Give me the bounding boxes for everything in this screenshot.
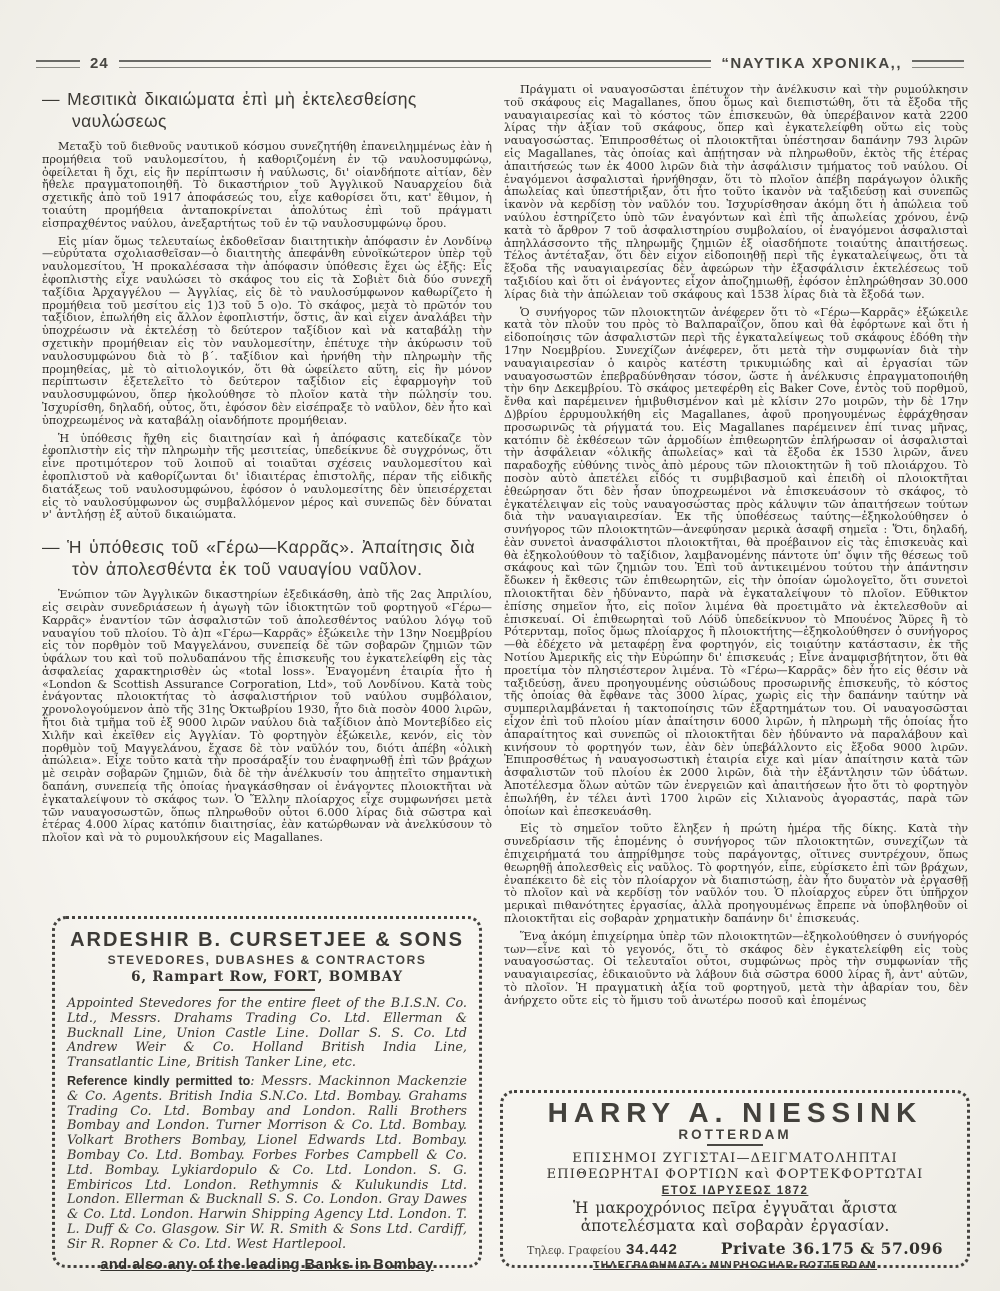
ad-niessink-founded: ΕΤΟΣ ΙΔΡΥΣΕΩΣ 1872	[513, 1185, 957, 1197]
page-number: 24	[90, 55, 109, 72]
magazine-page: { "colors": { "paper": "#f7f5f0", "ink":…	[0, 0, 1000, 1291]
article-paragraph: Εἰς τὸ σημεῖον τοῦτο ἔληξεν ἡ πρώτη ἡμέρ…	[504, 823, 968, 925]
header-rule-left	[36, 60, 80, 68]
ad-cursetjee-address: 6, Rampart Row, FORT, BOMBAY	[67, 969, 467, 985]
ad-niessink-private-numbers: Private 36.175 & 57.096	[721, 1239, 943, 1258]
ad-niessink-tagline: Ἡ μακροχρόνιος πεῖρα ἐγγυᾶται ἄριστα ἀπο…	[513, 1200, 957, 1235]
ad-niessink-city: ROTTERDAM	[513, 1127, 957, 1142]
article-paragraph: Ἡ ὑπόθεσις ἤχθη εἰς διαιτησίαν καὶ ἡ ἀπό…	[42, 433, 492, 523]
article-paragraph: Ἕνα ἀκόμη ἐπιχείρημα ὑπὲρ τῶν πλοιοκτητῶ…	[504, 931, 968, 1008]
ad-niessink-telegram: ΤΗΛΕΓΡΑΦΗΜΑΤΑ: MINPHOCHAR-ROTTERDAM	[513, 1259, 957, 1271]
ad-niessink: HARRY A. NIESSINK ROTTERDAM ΕΠΙΣΗΜΟΙ ΖΥΓ…	[500, 1090, 970, 1268]
ad-niessink-title: HARRY A. NIESSINK	[513, 1099, 957, 1127]
ad-cursetjee-reference-sep: :	[250, 1074, 261, 1089]
page-header: 24 “ΝΑΥΤΙΚΑ ΧΡΟΝΙΚΑ,,	[36, 55, 964, 72]
ad-cursetjee-reference-lead: Reference kindly permitted to	[67, 1074, 250, 1088]
article-title-gero-karras: — Ἡ ὑπόθεσις τοῦ «Γέρω—Καρρᾶς». Ἀπαίτησι…	[42, 536, 492, 580]
ad-cursetjee: ARDESHIR B. CURSETJEE & SONS STEVEDORES,…	[52, 916, 482, 1268]
ad-cursetjee-footer: and also any of the leading Banks in Bom…	[67, 1257, 467, 1273]
ad-cursetjee-appointed-text: Appointed Stevedores for the entire flee…	[67, 997, 467, 1071]
header-rule-right	[912, 60, 964, 68]
article-paragraph: Μεταξὺ τοῦ διεθνοῦς ναυτικοῦ κόσμου συνε…	[42, 141, 492, 231]
ad-cursetjee-title: ARDESHIR B. CURSETJEE & SONS	[67, 929, 467, 952]
ad-niessink-city-divider	[707, 1144, 763, 1146]
article-paragraph: Πράγματι οἱ ναυαγοσῶσται ἐπέτυχον τὴν ἀν…	[504, 84, 968, 302]
ad-niessink-tel-number: 34.442	[626, 1241, 678, 1258]
header-rule-middle	[119, 60, 712, 68]
article-paragraph: Ἐνώπιον τῶν Ἀγγλικῶν δικαστηρίων ἐξεδικά…	[42, 589, 492, 845]
article-paragraph: Ὁ συνήγορος τῶν πλοιοκτητῶν ἀνέφερεν ὅτι…	[504, 307, 968, 819]
ad-cursetjee-subtitle: STEVEDORES, DUBASHES & CONTRACTORS	[67, 953, 467, 967]
left-column: — Μεσιτικὰ δικαιώματα ἐπὶ μὴ ἐκτελεσθείσ…	[42, 86, 492, 910]
ad-niessink-tel-label: Τηλεφ. Γραφείου	[527, 1244, 621, 1257]
ad-niessink-office-phone: Τηλεφ. Γραφείου 34.442	[527, 1239, 678, 1258]
masthead-title: “ΝΑΥΤΙΚΑ ΧΡΟΝΙΚΑ,,	[721, 55, 902, 72]
ad-cursetjee-reference-body: Messrs. Mackinnon Mackenzie & Co. Agents…	[67, 1074, 467, 1252]
ad-cursetjee-reference-text: Reference kindly permitted to: Messrs. M…	[67, 1074, 467, 1253]
right-column: Πράγματι οἱ ναυαγοσῶσται ἐπέτυχον τὴν ἀν…	[504, 84, 968, 1086]
article-title-brokerage: — Μεσιτικὰ δικαιώματα ἐπὶ μὴ ἐκτελεσθείσ…	[42, 88, 492, 132]
ad-cursetjee-divider	[219, 989, 315, 991]
ad-niessink-line2: ΕΠΙΘΕΩΡΗΤΑΙ ΦΟΡΤΙΩΝ καὶ ΦΟΡΤΕΚΦΟΡΤΩΤΑΙ	[513, 1167, 957, 1183]
ad-niessink-phones: Τηλεφ. Γραφείου 34.442 Private 36.175 & …	[513, 1239, 957, 1258]
ad-niessink-line1: ΕΠΙΣΗΜΟΙ ΖΥΓΙΣΤΑΙ—ΔΕΙΓΜΑΤΟΛΗΠΤΑΙ	[513, 1151, 957, 1167]
article-paragraph: Εἰς μίαν ὅμως τελευταίως ἐκδοθεῖσαν διαι…	[42, 236, 492, 428]
